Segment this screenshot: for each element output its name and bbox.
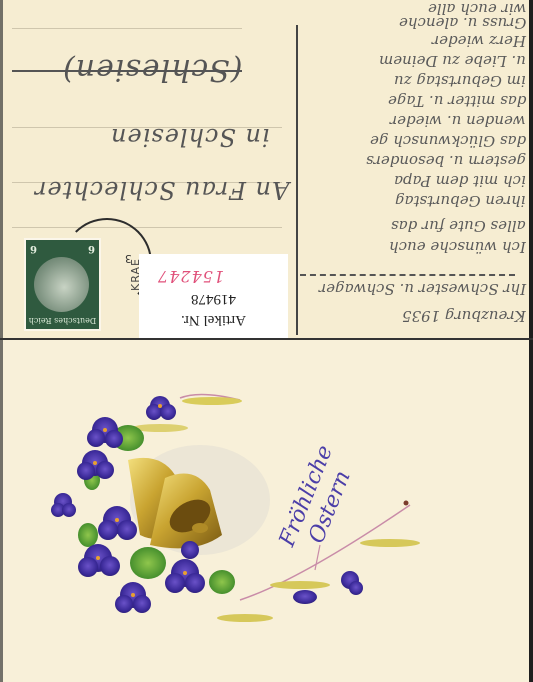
- message-line: das mitter u. Tage: [388, 92, 526, 110]
- message-line: das Glückwunsch ge: [370, 132, 526, 150]
- article-label-title: Artikel Nr.: [139, 311, 288, 328]
- message-line: Gruss u. alenche: [399, 14, 526, 32]
- stamp-denomination: 6: [88, 243, 95, 254]
- message-line: gestern u. besonders: [366, 152, 526, 170]
- message-line: Ihr Schwester u. Schwager: [319, 280, 526, 298]
- message-line: ich mit dem Papa: [394, 172, 526, 190]
- dashed-rule: [300, 274, 515, 276]
- message-line: u. Liebe zu Deinem: [379, 52, 526, 70]
- message-line: Ich wünsche euch: [389, 238, 526, 256]
- recipient-address-line-1: (Schlesien): [62, 52, 243, 87]
- article-label: Artikel Nr. 419478 154247: [139, 254, 288, 338]
- message-line: ihren Geburtstag: [395, 192, 526, 210]
- card-edge: [0, 0, 3, 340]
- article-number: 419478: [139, 290, 288, 307]
- message-text: wir euch alle Gruss u. alenche Herz wied…: [300, 2, 530, 332]
- handwritten-number: 154247: [157, 267, 288, 286]
- message-line: Herz wieder: [432, 32, 526, 50]
- address-line: [12, 227, 282, 228]
- recipient-address-line-3: An Frau Schlechter: [34, 176, 289, 204]
- postage-stamp: Deutsches Reich 6 6: [24, 238, 101, 331]
- postcard-back: (Schlesien) in Schlesien An Frau Schlech…: [0, 0, 533, 340]
- message-line: im Geburtstag zu: [394, 72, 526, 90]
- greeting: Fröhliche Ostern: [262, 410, 372, 540]
- stamp-denomination: 6: [30, 243, 37, 254]
- address-divider: [296, 25, 298, 335]
- message-line: alles Gute fur das: [391, 217, 526, 235]
- message-line: Kreuzburg 1935: [402, 307, 526, 325]
- greeting-text: Fröhliche Ostern: [275, 402, 379, 561]
- stamp-portrait-icon: [34, 257, 89, 312]
- stamp-country: Deutsches Reich: [26, 316, 99, 325]
- message-line: wenden u. wieder: [390, 112, 526, 130]
- address-line: [12, 28, 242, 29]
- recipient-address-line-2: in Schlesien: [110, 123, 270, 151]
